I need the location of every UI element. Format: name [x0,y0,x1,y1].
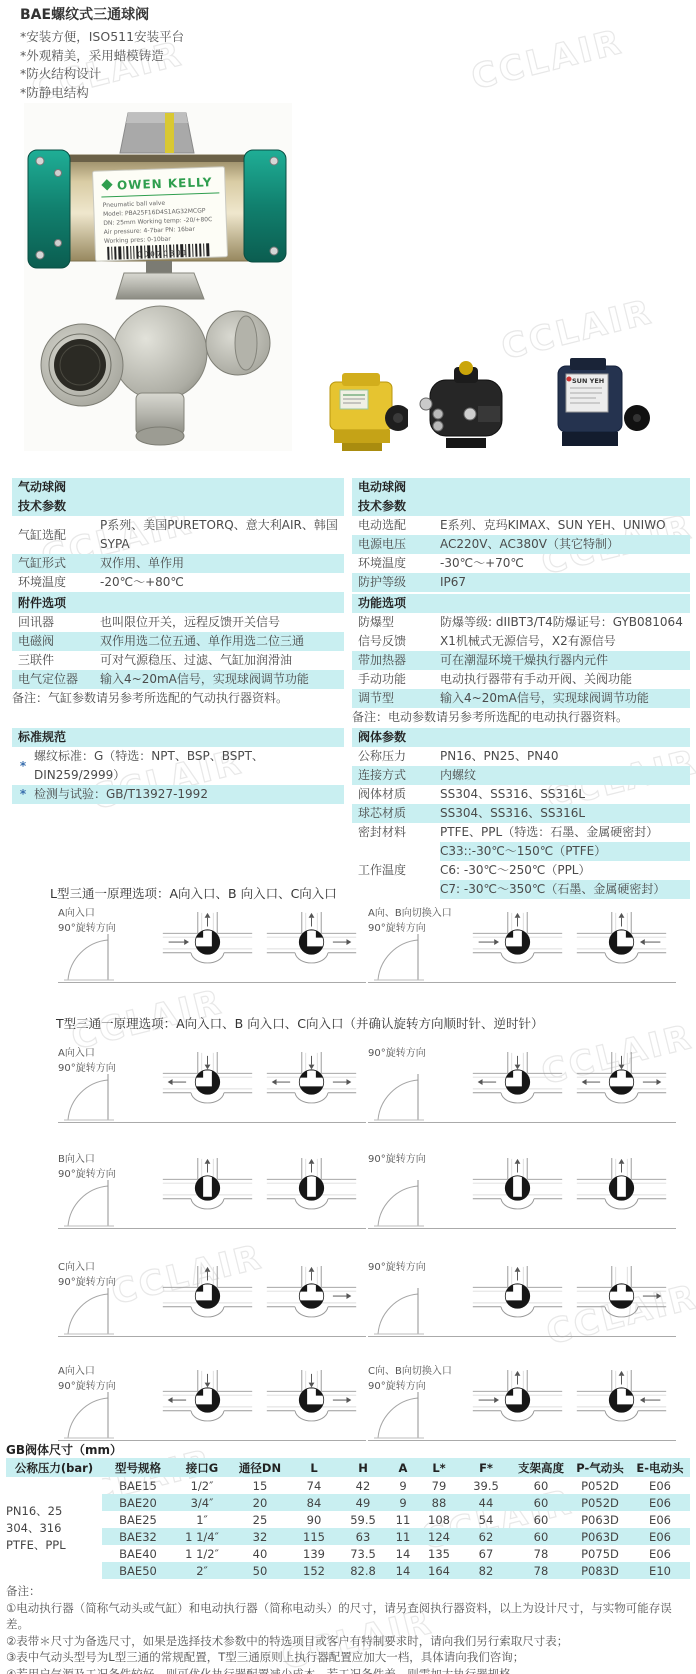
size-table: 公称压力(bar)型号规格接口G通径DNLHAL*F*支架高度P-气动头E-电动… [6,1458,690,1579]
actuator-left-cap [28,150,70,268]
spec-label: 公称压力 [352,747,440,766]
valve-slot [264,1368,359,1436]
spec-label: 气缸形式 [12,554,100,573]
spec-label: 回讯器 [12,613,100,632]
spec-value: 电动执行器带有手动开阀、关阀功能 [440,670,690,689]
size-table-header: 支架高度 [512,1458,570,1477]
size-table-cell: E06 [630,1511,690,1528]
size-table-header: H [338,1458,388,1477]
valve-diagram [264,1264,359,1332]
rotation-arc [374,1388,426,1440]
spec-label: 工作温度 [352,861,440,880]
spec-value: P系列、美国PURETORQ、意大利AIR、韩国SYPA [100,516,344,554]
valve-slot [264,910,359,978]
rotation-arc [374,1176,426,1228]
size-table-row: BAE321 1/4″3211563111246260P063DE06 [6,1528,690,1545]
spec-label: 电源电压 [352,535,440,554]
spec-table-title: 附件选项 [12,594,344,613]
size-table-cell: 1 1/2″ [174,1545,230,1562]
size-table-cell: 90 [290,1511,338,1528]
spec-label: 气缸选配 [12,526,100,545]
diagram-group: A向入口90°旋转方向 [58,1364,366,1441]
size-table-cell: P052D [570,1477,630,1494]
product-datasheet-page: CCLAIRCCLAIRCCLAIRCCLAIRCCLAIRCCLAIRCCLA… [0,0,696,1674]
size-table-cell: P083D [570,1562,630,1579]
size-table-cell: 15 [230,1477,290,1494]
rotation-arc-icon [374,1176,426,1228]
diagram-label-line1: A向、B向切换入口 [368,906,464,921]
spec-label: 调节型 [352,689,440,708]
spec-row: 气缸选配P系列、美国PURETORQ、意大利AIR、韩国SYPA [12,516,344,554]
feature-list: *安装方便，ISO511安装平台*外观精美，采用蜡模铸造*防火结构设计*防静电结… [20,28,184,102]
spec-value: 双作用、单作用 [100,554,344,573]
spec-label: * [12,757,34,776]
spec-label: 阀体材质 [352,785,440,804]
spec-row: 带加热器可在潮湿环境干燥执行器内元件 [352,651,690,670]
size-table-row: BAE251″259059.5111085460P063DE06 [6,1511,690,1528]
size-table-header: L [290,1458,338,1477]
size-table-cell: P075D [570,1545,630,1562]
feature-line: *防火结构设计 [20,65,184,84]
valve-diagram [160,1050,255,1118]
spec-row: 气缸形式双作用、单作用 [12,554,344,573]
spec-value: X1机械式无源信号，X2有源信号 [440,632,690,651]
size-table-cell: 60 [512,1494,570,1511]
valve-diagram [264,1368,359,1436]
valve-diagram [470,1264,565,1332]
size-table-cell: BAE20 [102,1494,174,1511]
rotation-arc [374,1070,426,1122]
valve-diagram [574,1368,669,1436]
valve-slot [470,1368,565,1436]
size-table-cell: E06 [630,1545,690,1562]
note-line: ③表中气动头型号为L型三通的常规配置，T型三通原则上执行器配置应加大一档，具体请… [6,1649,694,1666]
spec-value: PN16、PN25、PN40 [440,747,690,766]
rotation-arc-icon [374,1284,426,1336]
spec-table-title: 气动球阀 [12,478,344,497]
valve-slot [160,910,255,978]
rotation-arc-icon [64,1284,116,1336]
size-table-cell: E10 [630,1562,690,1579]
t-type-diagram-row: A向入口90°旋转方向 C向、B向切换入口90°旋转方向 [0,1364,696,1442]
spec-value: PTFE、PPL（特选：石墨、金属硬密封） [440,823,690,842]
spec-row: 防护等级IP67 [352,573,690,592]
valve-slot [160,1368,255,1436]
notes-title: 备注： [6,1583,694,1600]
spec-label: 环境温度 [12,573,100,592]
valve-slot [470,1050,565,1118]
spec-note: 备注：电动参数请另参考所选配的电动执行器资料。 [352,708,690,727]
rotation-arc-icon [64,1070,116,1122]
valve-slot [264,1264,359,1332]
size-table-cell: 20 [230,1494,290,1511]
valve-slot [160,1264,255,1332]
actuator-right-cap [244,150,286,262]
valve-slot [470,910,565,978]
valve-diagram [574,1156,669,1224]
spec-value: 螺纹标准：G（特选：NPT、BSP、BSPT、DIN259/2999） [34,747,344,785]
note-line: ④若用户气源及工况条件较好，则可优化执行器配置减少成本，若工况条件差，则需加大执… [6,1666,694,1674]
note-line: ①电动执行器（简称气动头或气缸）和电动执行器（简称电动头）的尺寸，请另查阅执行器… [6,1600,694,1633]
spec-value-line: C7: -30℃～350℃（石墨、金属硬密封） [440,880,690,899]
t-type-diagram-row: A向入口90°旋转方向 90°旋转方向 [0,1046,696,1124]
spec-table-title: 功能选项 [352,594,690,613]
l-type-diagram-row: A向入口90°旋转方向 A向、B向切换入口90°旋转方向 [0,906,696,984]
pressure-material-line: 304、316 [6,1520,102,1537]
size-table-cell: 39.5 [460,1477,512,1494]
size-table-row: PN16、25304、316PTFE、PPLBAE151/2″157442979… [6,1477,690,1494]
spec-row: 电气定位器输入4~20mA信号，实现球阀调节功能 [12,670,344,689]
pneumatic-specs-table: 气动球阀技术参数气缸选配P系列、美国PURETORQ、意大利AIR、韩国SYPA… [12,478,344,611]
valve-body-params-table: 阀体参数公称压力PN16、PN25、PN40连接方式内螺纹阀体材质SS304、S… [352,728,690,899]
t-type-diagram-row: B向入口90°旋转方向 90°旋转方向 [0,1152,696,1230]
spec-row: 电磁阀双作用选二位五通、单作用选二位三通 [12,632,344,651]
rotation-arc-icon [64,1388,116,1440]
spec-table-title: 技术参数 [352,497,690,516]
spec-row: 环境温度-30℃～+70℃ [352,554,690,573]
size-table-header: P-气动头 [570,1458,630,1477]
size-table-cell: 50 [230,1562,290,1579]
size-table-cell: BAE15 [102,1477,174,1494]
rotation-arc-icon [374,1388,426,1440]
size-table-cell: 42 [338,1477,388,1494]
size-table-cell: 82 [460,1562,512,1579]
size-table-header: F* [460,1458,512,1477]
diagram-group: C向入口90°旋转方向 [58,1260,366,1337]
spec-table-title: 阀体参数 [352,728,690,747]
valve-slot [574,1050,669,1118]
spec-label: 防爆型 [352,613,440,632]
size-table-cell: 11 [388,1511,418,1528]
size-table-cell: 135 [418,1545,460,1562]
size-table-cell: 115 [290,1528,338,1545]
spec-label: 信号反馈 [352,632,440,651]
spec-row: 阀体材质SS304、SS316、SS316L [352,785,690,804]
spec-label: * [12,785,34,804]
valve-diagram [264,910,359,978]
rotation-arc [64,1284,116,1336]
diagram-group: 90°旋转方向 [368,1152,676,1229]
size-table-header: 接口G [174,1458,230,1477]
size-table-cell: 88 [418,1494,460,1511]
page-title: BAE螺纹式三通球阀 [20,4,149,24]
size-table-cell: 3/4″ [174,1494,230,1511]
rotation-arc-icon [374,1070,426,1122]
size-table-cell: 63 [338,1528,388,1545]
diagram-group: 90°旋转方向 [368,1260,676,1337]
rotation-arc [64,1176,116,1228]
size-table-cell: 2″ [174,1562,230,1579]
size-table-cell: 84 [290,1494,338,1511]
spec-row: 公称压力PN16、PN25、PN40 [352,747,690,766]
spec-value: -20℃～+80℃ [100,573,344,592]
spec-row: 环境温度-20℃～+80℃ [12,573,344,592]
size-table-cell: BAE32 [102,1528,174,1545]
size-table-cell: 54 [460,1511,512,1528]
spec-value: 可对气源稳压、过滤、气缸加润滑油 [100,651,344,670]
diagram-group: A向、B向切换入口90°旋转方向 [368,906,676,983]
size-table-cell: 139 [290,1545,338,1562]
size-table-cell: 108 [418,1511,460,1528]
size-table-header: E-电动头 [630,1458,690,1477]
valve-diagram [470,1050,565,1118]
diagram-label-line1: A向入口 [58,906,154,921]
size-table-cell: E06 [630,1494,690,1511]
size-table-cell: 14 [388,1562,418,1579]
actuator-knob [120,113,194,153]
size-table-cell: 9 [388,1494,418,1511]
navy-electric-actuator: SUN YEH [538,352,650,454]
valve-diagram [470,910,565,978]
spec-label: 电磁阀 [12,632,100,651]
size-table-cell: 9 [388,1477,418,1494]
l-type-section-title: L型三通一原理选项：A向入口、B 向入口、C向入口 [50,884,337,902]
diagram-labels: 90°旋转方向 [368,1046,464,1061]
valve-slot [264,1050,359,1118]
size-table-cell: E06 [630,1528,690,1545]
diagram-labels: 90°旋转方向 [368,1260,464,1275]
spec-value: 内螺纹 [440,766,690,785]
size-table-cell: 82.8 [338,1562,388,1579]
diagram-labels: 90°旋转方向 [368,1152,464,1167]
valve-diagram [160,1368,255,1436]
rotation-arc [64,1388,116,1440]
valve-diagram [160,910,255,978]
accessories-table: 附件选项回讯器也叫限位开关，远程反馈开关信号电磁阀双作用选二位五通、单作用选二位… [12,594,344,708]
size-table-row: BAE203/4″2084499884460P052DE06 [6,1494,690,1511]
diagram-label-line1: A向入口 [58,1364,154,1379]
size-table-cell: P052D [570,1494,630,1511]
size-table-cell: 60 [512,1528,570,1545]
size-table-cell: 62 [460,1528,512,1545]
valve-slot [160,1050,255,1118]
spec-value-line: C33::-30℃～150℃（PTFE） [440,842,690,861]
size-table-cell: 49 [338,1494,388,1511]
size-table-cell: 44 [460,1494,512,1511]
valve-slot [574,1156,669,1224]
spec-value: 防爆等级: dIIBT3/T4防爆证号：GYB081064 [440,613,690,632]
spec-row: 连接方式内螺纹 [352,766,690,785]
valve-diagram [574,1264,669,1332]
diagram-group: B向入口90°旋转方向 [58,1152,366,1229]
spec-label: 环境温度 [352,554,440,573]
feature-line: *安装方便，ISO511安装平台 [20,28,184,47]
spec-row: 电源电压AC220V、AC380V（其它特制） [352,535,690,554]
size-table-grid: 公称压力(bar)型号规格接口G通径DNLHAL*F*支架高度P-气动头E-电动… [6,1458,690,1579]
notes-block: 备注：①电动执行器（简称气动头或气缸）和电动执行器（简称电动头）的尺寸，请另查阅… [6,1583,694,1674]
main-product-photo: OWEN KELLY Pneumatic ball valve Model: P… [24,103,292,451]
spec-row: *螺纹标准：G（特选：NPT、BSP、BSPT、DIN259/2999） [12,747,344,785]
diagram-group: 90°旋转方向 [368,1046,676,1123]
size-table-cell: E06 [630,1477,690,1494]
size-table-title: GB阀体尺寸（mm） [6,1441,122,1458]
pressure-material-line: PN16、25 [6,1503,102,1520]
valve-diagram [574,910,669,978]
spec-value-lines: C33::-30℃～150℃（PTFE）C6: -30℃～250℃（PPL）C7… [440,842,690,899]
size-table-cell: 1/2″ [174,1477,230,1494]
spec-label: 手动功能 [352,670,440,689]
rotation-arc [64,1070,116,1122]
size-table-header: A [388,1458,418,1477]
size-table-cell: 152 [290,1562,338,1579]
valve-slot [574,1368,669,1436]
size-table-cell: 78 [512,1562,570,1579]
size-table-cell: P063D [570,1528,630,1545]
spec-label: 带加热器 [352,651,440,670]
size-table-cell: 1 1/4″ [174,1528,230,1545]
spec-row: 信号反馈X1机械式无源信号，X2有源信号 [352,632,690,651]
spec-row: 手动功能电动执行器带有手动开阀、关阀功能 [352,670,690,689]
size-table-cell: 74 [290,1477,338,1494]
functions-table: 功能选项防爆型防爆等级: dIIBT3/T4防爆证号：GYB081064信号反馈… [352,594,690,727]
valve-diagram [264,1156,359,1224]
rotation-arc-icon [374,930,426,982]
valve-diagram [470,1368,565,1436]
spec-label: 防护等级 [352,573,440,592]
valve-slot [470,1156,565,1224]
valve-slot [264,1156,359,1224]
spec-value: E系列、克玛KIMAX、SUN YEH、UNIWO [440,516,690,535]
yellow-electric-actuator [316,366,408,454]
valve-slot [470,1264,565,1332]
diagram-label-line1: A向入口 [58,1046,154,1061]
spec-value-line: C6: -30℃～250℃（PPL） [440,861,690,880]
valve-diagram [574,1050,669,1118]
thumb-label: SUN YEH [572,377,604,385]
size-table-cell: 124 [418,1528,460,1545]
size-table-cell: 32 [230,1528,290,1545]
spec-value: SS304、SS316、SS316L [440,785,690,804]
rotation-arc [374,1284,426,1336]
spec-label: 球芯材质 [352,804,440,823]
size-table-cell: 73.5 [338,1545,388,1562]
diagram-label-line1: C向、B向切换入口 [368,1364,464,1379]
spec-label: 三联件 [12,651,100,670]
spec-value: 双作用选二位五通、单作用选二位三通 [100,632,344,651]
diagram-group: A向入口90°旋转方向 [58,1046,366,1123]
watermark: CCLAIR [467,22,627,98]
valve-slot [160,1156,255,1224]
spec-value: 可在潮湿环境干燥执行器内元件 [440,651,690,670]
actuator-nameplate: OWEN KELLY Pneumatic ball valve Model: P… [93,167,228,262]
size-table-cell: 164 [418,1562,460,1579]
feature-line: *外观精美，采用蜡模铸造 [20,47,184,66]
spec-table-title: 标准规范 [12,728,344,747]
spec-value: -30℃～+70℃ [440,554,690,573]
rotation-arc-icon [64,930,116,982]
spec-row: 电动选配E系列、克玛KIMAX、SUN YEH、UNIWO [352,516,690,535]
diagram-label-line2: 90°旋转方向 [368,1152,464,1167]
spec-value: 输入4~20mA信号，实现球阀调节功能 [440,689,690,708]
spec-value: IP67 [440,573,690,592]
size-table-header: L* [418,1458,460,1477]
spec-label: 连接方式 [352,766,440,785]
valve-slot [574,910,669,978]
spec-value: 检测与试验：GB/T13927-1992 [34,785,344,804]
t-type-section-title: T型三通一原理选项：A向入口、B 向入口、C向入口（并确认旋转方向顺时针、逆时针… [56,1014,543,1032]
t-type-diagram-row: C向入口90°旋转方向 90°旋转方向 [0,1260,696,1338]
diagram-label-line1: C向入口 [58,1260,154,1275]
spec-label: 电动选配 [352,516,440,535]
size-table-cell: 78 [512,1545,570,1562]
pressure-material-cell: PN16、25304、316PTFE、PPL [6,1477,102,1579]
size-table-cell: 1″ [174,1511,230,1528]
diagram-label-line2: 90°旋转方向 [368,1260,464,1275]
valve-diagram [264,1050,359,1118]
size-table-cell: 11 [388,1528,418,1545]
size-table-cell: BAE25 [102,1511,174,1528]
spec-row: 回讯器也叫限位开关，远程反馈开关信号 [12,613,344,632]
size-table-cell: 79 [418,1477,460,1494]
spec-row: 密封材料PTFE、PPL（特选：石墨、金属硬密封） [352,823,690,842]
valve-diagram [160,1264,255,1332]
size-table-row: BAE401 1/2″4013973.5141356778P075DE06 [6,1545,690,1562]
size-table-cell: 40 [230,1545,290,1562]
valve-diagram [470,1156,565,1224]
size-table-cell: 60 [512,1477,570,1494]
rotation-arc-icon [64,1176,116,1228]
spec-row: 三联件可对气源稳压、过滤、气缸加润滑油 [12,651,344,670]
electric-specs-table: 电动球阀技术参数电动选配E系列、克玛KIMAX、SUN YEH、UNIWO电源电… [352,478,690,592]
spec-note: 备注：气缸参数请另参考所选配的气动执行器资料。 [12,689,344,708]
feature-line: *防静电结构 [20,84,184,103]
size-table-cell: 59.5 [338,1511,388,1528]
size-table-cell: 60 [512,1511,570,1528]
spec-row: 调节型输入4~20mA信号，实现球阀调节功能 [352,689,690,708]
rotation-arc [374,930,426,982]
size-table-row: BAE502″5015282.8141648278P083DE10 [6,1562,690,1579]
spec-table-title: 电动球阀 [352,478,690,497]
size-table-header: 型号规格 [102,1458,174,1477]
spec-value: 输入4~20mA信号，实现球阀调节功能 [100,670,344,689]
rotation-arc [64,930,116,982]
size-table-header: 公称压力(bar) [6,1458,102,1477]
size-table-cell: BAE40 [102,1545,174,1562]
size-table-cell: BAE50 [102,1562,174,1579]
spec-label: 密封材料 [352,823,440,842]
spec-value: AC220V、AC380V（其它特制） [440,535,690,554]
spec-row: 工作温度C33::-30℃～150℃（PTFE）C6: -30℃～250℃（PP… [352,842,690,899]
size-table-cell: P063D [570,1511,630,1528]
pressure-material-line: PTFE、PPL [6,1537,102,1554]
spec-row: 防爆型防爆等级: dIIBT3/T4防爆证号：GYB081064 [352,613,690,632]
size-table-cell: 25 [230,1511,290,1528]
note-line: ②表带＊尺寸为备选尺寸，如果是选择技术参数中的特选项目或客户有特制要求时，请向我… [6,1633,694,1650]
diagram-group: C向、B向切换入口90°旋转方向 [368,1364,676,1441]
diagram-group: A向入口90°旋转方向 [58,906,366,983]
size-table-header: 通径DN [230,1458,290,1477]
black-electric-actuator [412,358,516,452]
spec-row: 球芯材质SS304、SS316、SS316L [352,804,690,823]
size-table-cell: 14 [388,1545,418,1562]
diagram-label-line1: B向入口 [58,1152,154,1167]
spec-label: 电气定位器 [12,670,100,689]
size-table-cell: 67 [460,1545,512,1562]
spec-row: *检测与试验：GB/T13927-1992 [12,785,344,804]
spec-value: SS304、SS316、SS316L [440,804,690,823]
valve-diagram [160,1156,255,1224]
diagram-label-line2: 90°旋转方向 [368,1046,464,1061]
standards-table: 标准规范*螺纹标准：G（特选：NPT、BSP、BSPT、DIN259/2999）… [12,728,344,804]
valve-slot [574,1264,669,1332]
spec-value: 也叫限位开关，远程反馈开关信号 [100,613,344,632]
spec-table-title: 技术参数 [12,497,344,516]
